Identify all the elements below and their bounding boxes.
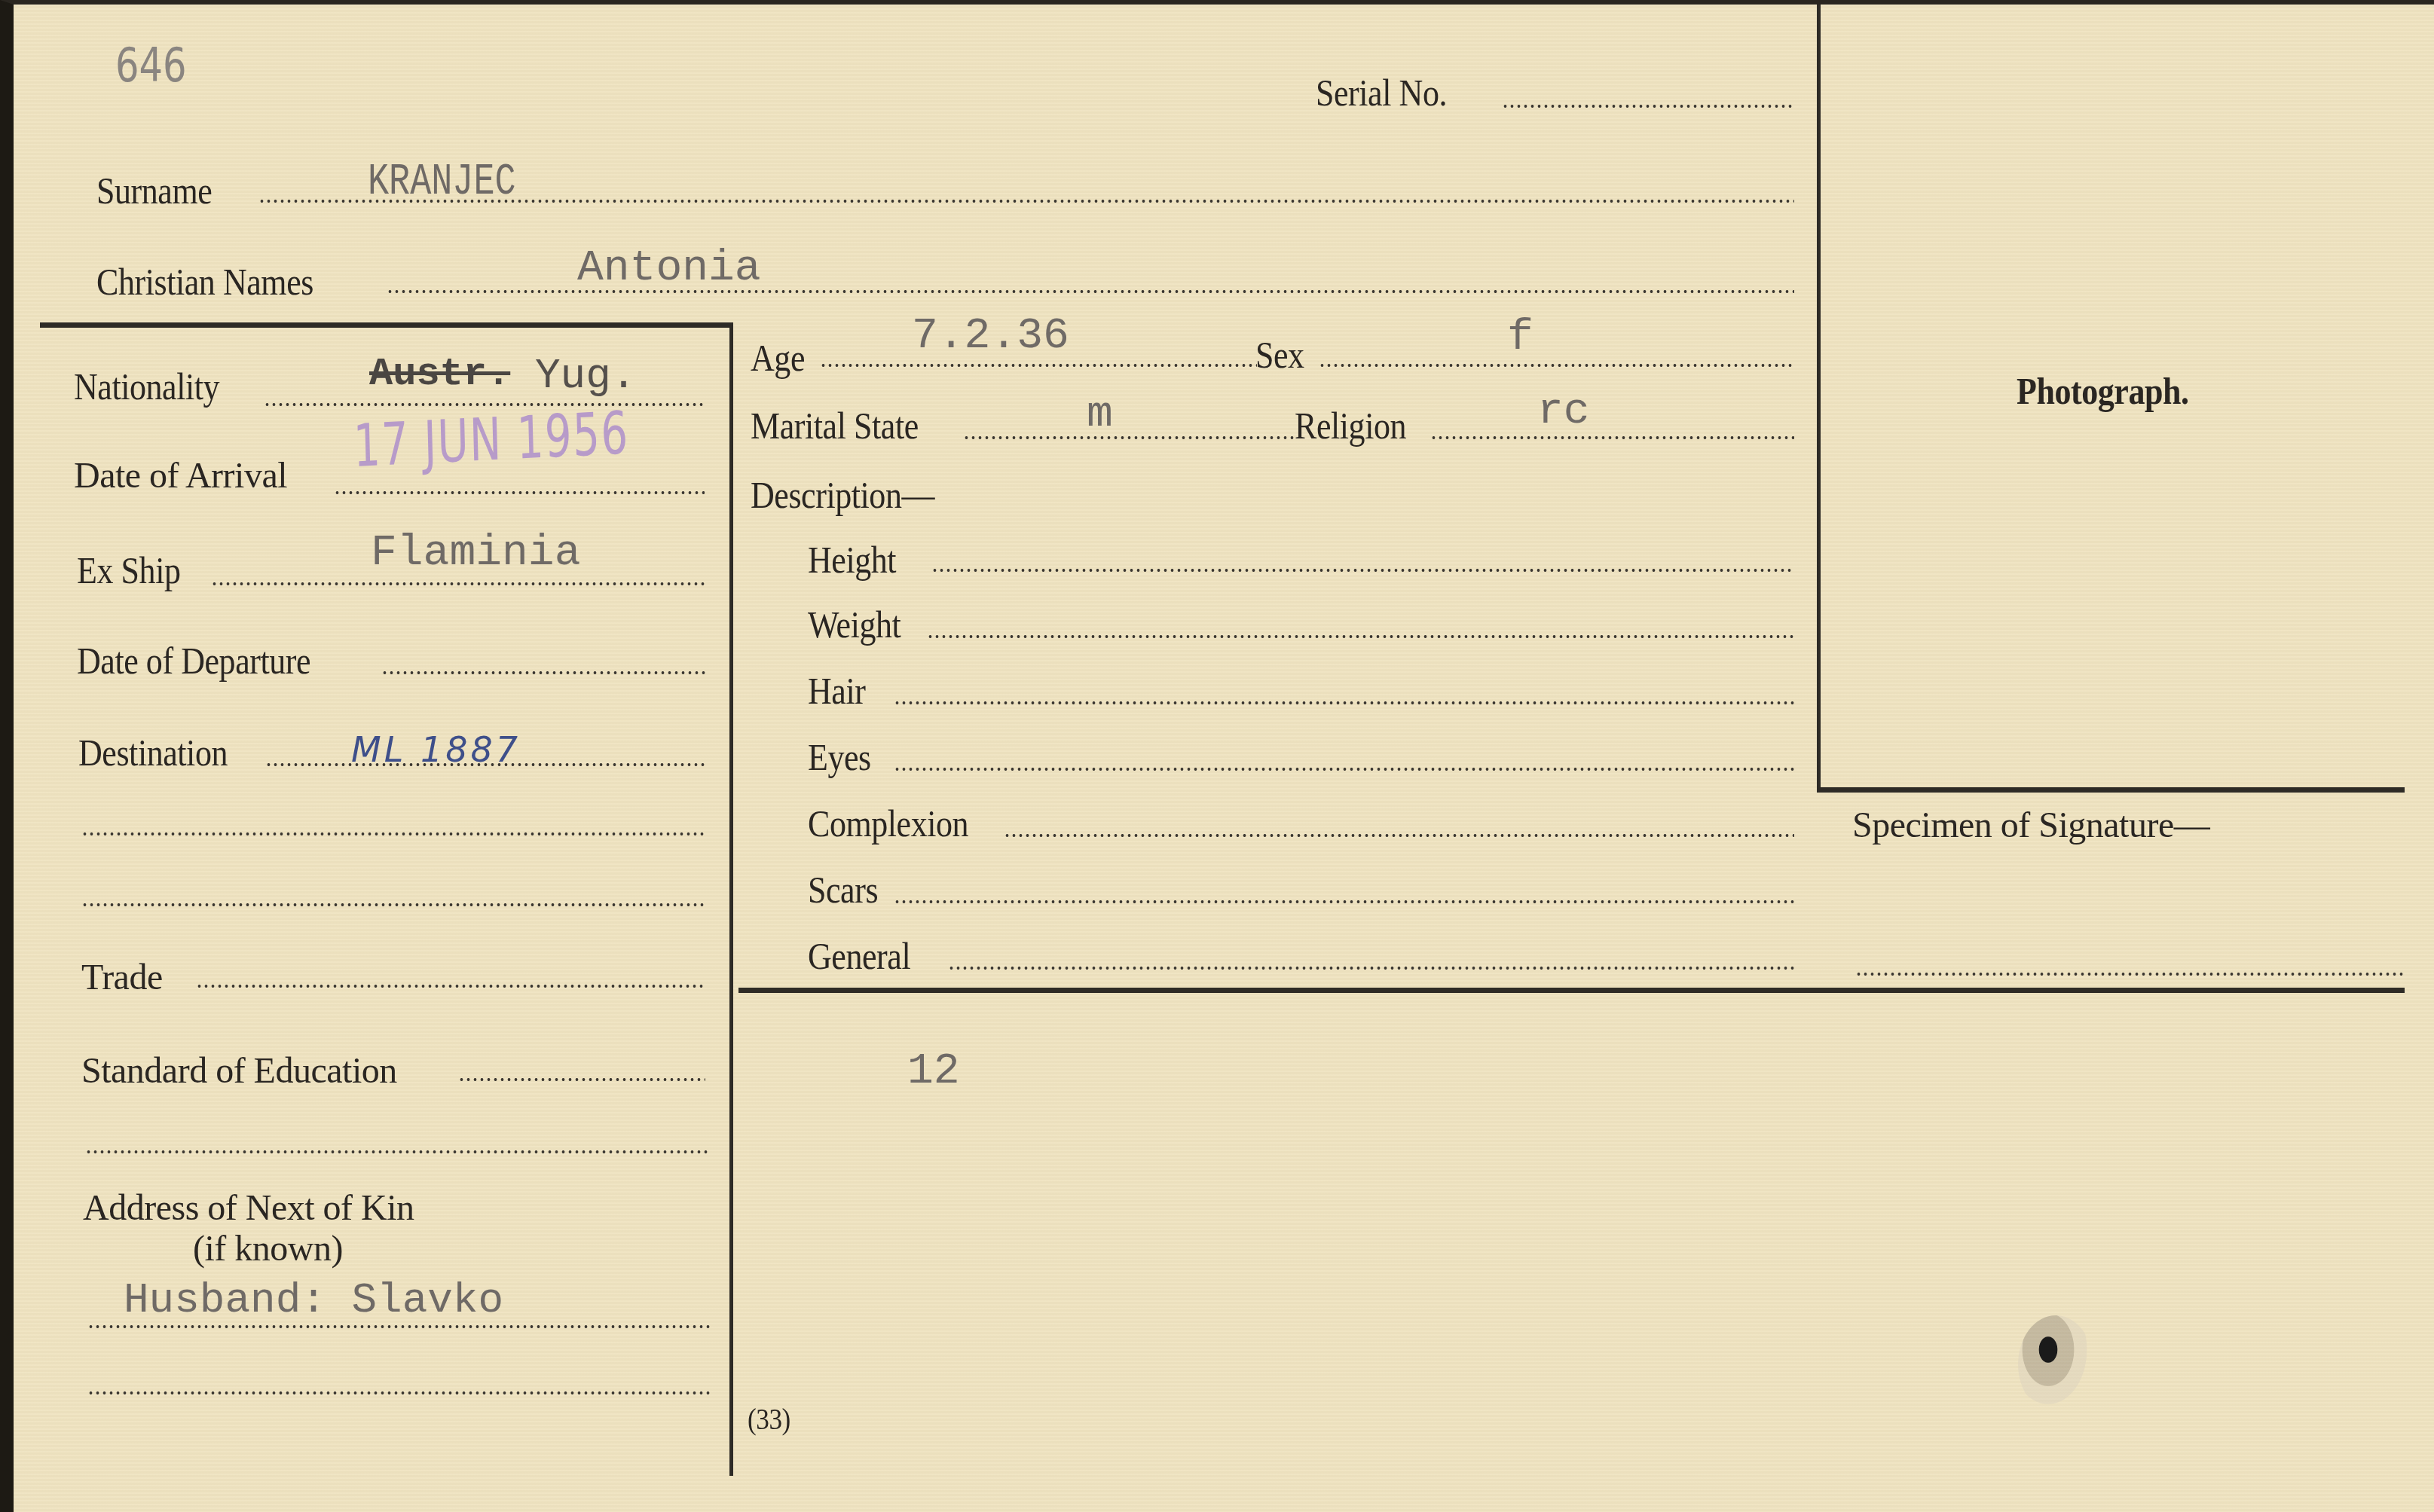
serial-no-field[interactable] [1502, 104, 1794, 108]
surname-label: Surname [96, 172, 212, 209]
complexion-field[interactable] [1004, 833, 1794, 838]
sex-value: f [1507, 316, 1533, 360]
serial-no-label: Serial No. [1316, 74, 1447, 111]
card-number: 646 [115, 42, 187, 89]
blank-line[interactable] [85, 1150, 709, 1154]
date-of-arrival-stamp: 17 JUN 1956 [353, 404, 629, 476]
ex-ship-value: Flaminia [371, 532, 580, 576]
date-of-departure-label: Date of Departure [77, 642, 310, 680]
trade-field[interactable] [196, 984, 705, 988]
height-label: Height [808, 541, 896, 579]
eyes-label: Eyes [808, 738, 871, 776]
christian-names-value: Antonia [577, 247, 761, 291]
scars-field[interactable] [894, 900, 1794, 904]
christian-names-field[interactable] [387, 289, 1794, 294]
age-field[interactable] [820, 363, 1257, 368]
next-of-kin-sublabel: (if known) [193, 1231, 343, 1267]
destination-label: Destination [78, 734, 228, 771]
destination-field[interactable] [265, 762, 705, 767]
marital-state-field[interactable] [963, 435, 1295, 440]
christian-names-label: Christian Names [96, 263, 313, 301]
general-label: General [808, 937, 910, 975]
marital-state-value: m [1087, 393, 1113, 437]
blank-line[interactable] [81, 903, 705, 907]
date-of-arrival-field[interactable] [334, 490, 705, 495]
extra-typed-number: 12 [907, 1050, 960, 1094]
description-label: Description— [751, 476, 934, 514]
height-field[interactable] [931, 568, 1794, 573]
next-of-kin-field[interactable] [87, 1324, 713, 1329]
education-field[interactable] [458, 1077, 705, 1082]
education-label: Standard of Education [81, 1053, 397, 1089]
signature-field[interactable] [1855, 972, 2404, 976]
photo-area-divider [1817, 5, 1821, 792]
next-of-kin-label: Address of Next of Kin [83, 1190, 414, 1226]
complexion-label: Complexion [808, 805, 968, 842]
general-field[interactable] [948, 966, 1794, 970]
ink-smudge [2018, 1315, 2093, 1413]
signature-label: Specimen of Signature— [1852, 808, 2209, 844]
description-bottom-rule [738, 988, 2405, 993]
nationality-label: Nationality [74, 368, 219, 405]
religion-field[interactable] [1430, 435, 1794, 440]
surname-field[interactable] [258, 199, 1794, 203]
ex-ship-field[interactable] [211, 582, 705, 586]
marital-state-label: Marital State [751, 407, 919, 444]
blank-line[interactable] [87, 1391, 713, 1395]
age-value: 7.2.36 [912, 315, 1069, 359]
left-box-top-rule [40, 322, 732, 328]
next-of-kin-value: Husband: Slavko [124, 1279, 503, 1321]
immigration-record-card: 646 Serial No. Surname KRANJEC Christian… [0, 0, 2434, 1512]
religion-value: rc [1537, 390, 1590, 434]
scars-label: Scars [808, 871, 878, 909]
left-box-divider [729, 322, 733, 1476]
sex-field[interactable] [1319, 363, 1794, 368]
hair-label: Hair [808, 672, 865, 710]
age-label: Age [751, 339, 805, 377]
form-number: (33) [748, 1404, 790, 1434]
photo-area-bottom-rule [1817, 787, 2405, 793]
trade-label: Trade [81, 960, 163, 996]
hair-field[interactable] [894, 701, 1794, 705]
eyes-field[interactable] [894, 767, 1794, 771]
religion-label: Religion [1295, 407, 1406, 444]
ex-ship-label: Ex Ship [77, 551, 181, 589]
sex-label: Sex [1255, 336, 1304, 374]
date-of-departure-field[interactable] [381, 670, 705, 675]
surname-value: KRANJEC [368, 160, 516, 205]
weight-label: Weight [808, 606, 901, 643]
weight-field[interactable] [927, 634, 1794, 639]
date-of-arrival-label: Date of Arrival [74, 458, 287, 494]
nationality-value: Yug. [535, 355, 636, 397]
nationality-struck-value: Austr. [369, 355, 510, 394]
photograph-label: Photograph. [2017, 372, 2189, 410]
blank-line[interactable] [81, 832, 705, 836]
